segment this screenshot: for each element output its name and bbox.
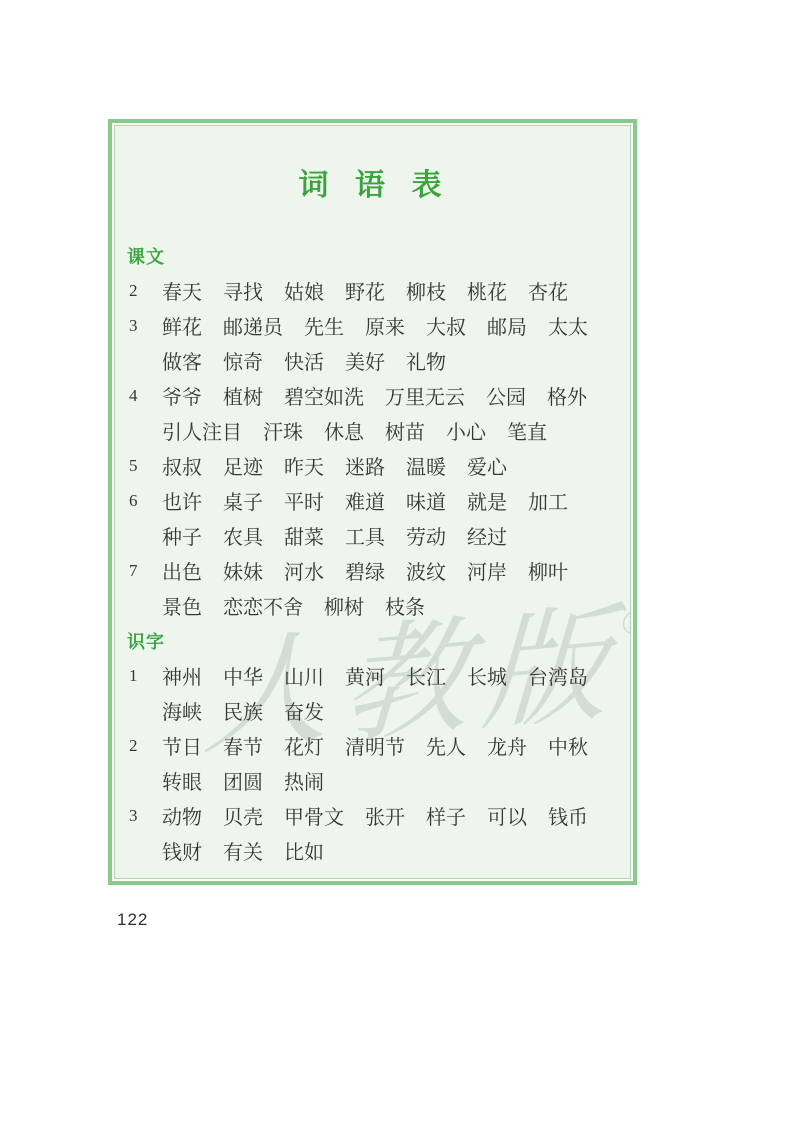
word: 汗珠 <box>263 416 303 445</box>
word-list: 做客惊奇快活美好礼物 <box>162 346 446 375</box>
word: 奋发 <box>284 696 324 725</box>
word: 也许 <box>162 486 202 515</box>
lesson-number: 2 <box>129 281 162 301</box>
word: 礼物 <box>406 346 446 375</box>
word: 杏花 <box>528 276 568 305</box>
word: 工具 <box>345 521 385 550</box>
word: 昨天 <box>284 451 324 480</box>
lesson-number: 4 <box>129 386 162 406</box>
entry-line: 6也许桌子平时难道味道就是加工 <box>129 483 622 518</box>
word-list: 种子农具甜菜工具劳动经过 <box>162 521 507 550</box>
word: 公园 <box>486 381 526 410</box>
entry-line: 景色恋恋不舍柳树枝条 <box>129 588 622 623</box>
word: 惊奇 <box>223 346 263 375</box>
word: 加工 <box>528 486 568 515</box>
word: 足迹 <box>223 451 263 480</box>
word: 景色 <box>162 591 202 620</box>
entry-line: 转眼团圆热闹 <box>129 763 622 798</box>
lesson-number: 7 <box>129 561 162 581</box>
word: 碧空如洗 <box>284 381 364 410</box>
word: 春天 <box>162 276 202 305</box>
word: 植树 <box>223 381 263 410</box>
word: 节日 <box>162 731 202 760</box>
word-list: 动物贝壳甲骨文张开样子可以钱币 <box>162 801 588 830</box>
word-list: 钱财有关比如 <box>162 836 324 865</box>
word-list: 鲜花邮递员先生原来大叔邮局太太 <box>162 311 588 340</box>
word: 先生 <box>304 311 344 340</box>
word: 农具 <box>223 521 263 550</box>
word: 长城 <box>467 661 507 690</box>
word-list: 也许桌子平时难道味道就是加工 <box>162 486 568 515</box>
page-title: 词 语 表 <box>115 160 630 204</box>
word: 美好 <box>345 346 385 375</box>
word: 太太 <box>548 311 588 340</box>
word-list: 转眼团圆热闹 <box>162 766 324 795</box>
word: 引人注目 <box>162 416 242 445</box>
word: 神州 <box>162 661 202 690</box>
word-list: 节日春节花灯清明节先人龙舟中秋 <box>162 731 588 760</box>
word-list: 春天寻找姑娘野花柳枝桃花杏花 <box>162 276 568 305</box>
word: 春节 <box>223 731 263 760</box>
word: 叔叔 <box>162 451 202 480</box>
word-list: 景色恋恋不舍柳树枝条 <box>162 591 425 620</box>
word: 柳树 <box>324 591 364 620</box>
word: 样子 <box>426 801 466 830</box>
word-list: 引人注目汗珠休息树苗小心笔直 <box>162 416 547 445</box>
word: 龙舟 <box>487 731 527 760</box>
word: 团圆 <box>223 766 263 795</box>
word: 劳动 <box>406 521 446 550</box>
word: 可以 <box>487 801 527 830</box>
lesson-number: 6 <box>129 491 162 511</box>
wordlist-content: 课文2春天寻找姑娘野花柳枝桃花杏花3鲜花邮递员先生原来大叔邮局太太做客惊奇快活美… <box>129 238 622 868</box>
entry-line: 7出色妹妹河水碧绿波纹河岸柳叶 <box>129 553 622 588</box>
word: 波纹 <box>406 556 446 585</box>
word: 恋恋不舍 <box>223 591 303 620</box>
word: 万里无云 <box>385 381 465 410</box>
word: 台湾岛 <box>528 661 588 690</box>
word: 妹妹 <box>223 556 263 585</box>
word: 钱财 <box>162 836 202 865</box>
word: 花灯 <box>284 731 324 760</box>
word: 爷爷 <box>162 381 202 410</box>
word: 桌子 <box>223 486 263 515</box>
lesson-number: 1 <box>129 666 162 686</box>
word: 先人 <box>426 731 466 760</box>
word-list: 海峡民族奋发 <box>162 696 324 725</box>
word: 长江 <box>406 661 446 690</box>
page-number: 122 <box>117 910 148 930</box>
word: 寻找 <box>223 276 263 305</box>
word: 原来 <box>365 311 405 340</box>
entry-line: 3动物贝壳甲骨文张开样子可以钱币 <box>129 798 622 833</box>
entry-line: 2春天寻找姑娘野花柳枝桃花杏花 <box>129 273 622 308</box>
word: 甜菜 <box>284 521 324 550</box>
word: 休息 <box>324 416 364 445</box>
word: 小心 <box>446 416 486 445</box>
word: 河岸 <box>467 556 507 585</box>
word: 动物 <box>162 801 202 830</box>
entry-line: 2节日春节花灯清明节先人龙舟中秋 <box>129 728 622 763</box>
word: 味道 <box>406 486 446 515</box>
word: 黄河 <box>345 661 385 690</box>
wordlist-box: 人教版® 词 语 表 课文2春天寻找姑娘野花柳枝桃花杏花3鲜花邮递员先生原来大叔… <box>108 119 637 885</box>
lesson-number: 3 <box>129 316 162 336</box>
word-list: 叔叔足迹昨天迷路温暖爱心 <box>162 451 507 480</box>
word: 鲜花 <box>162 311 202 340</box>
section-header-0: 课文 <box>127 238 622 273</box>
word: 清明节 <box>345 731 405 760</box>
word: 柳叶 <box>528 556 568 585</box>
word: 邮局 <box>487 311 527 340</box>
word: 经过 <box>467 521 507 550</box>
lesson-number: 2 <box>129 736 162 756</box>
word: 出色 <box>162 556 202 585</box>
word: 做客 <box>162 346 202 375</box>
word: 姑娘 <box>284 276 324 305</box>
wordlist-box-inner: 人教版® 词 语 表 课文2春天寻找姑娘野花柳枝桃花杏花3鲜花邮递员先生原来大叔… <box>114 125 631 879</box>
word: 大叔 <box>426 311 466 340</box>
word: 钱币 <box>548 801 588 830</box>
word: 爱心 <box>467 451 507 480</box>
word: 河水 <box>284 556 324 585</box>
entry-line: 做客惊奇快活美好礼物 <box>129 343 622 378</box>
word: 快活 <box>284 346 324 375</box>
word: 野花 <box>345 276 385 305</box>
entry-line: 5叔叔足迹昨天迷路温暖爱心 <box>129 448 622 483</box>
word: 贝壳 <box>223 801 263 830</box>
word: 迷路 <box>345 451 385 480</box>
entry-line: 1神州中华山川黄河长江长城台湾岛 <box>129 658 622 693</box>
word: 温暖 <box>406 451 446 480</box>
word: 甲骨文 <box>284 801 344 830</box>
entry-line: 4爷爷植树碧空如洗万里无云公园格外 <box>129 378 622 413</box>
word: 中秋 <box>548 731 588 760</box>
section-header-1: 识字 <box>127 623 622 658</box>
word: 柳枝 <box>406 276 446 305</box>
word: 转眼 <box>162 766 202 795</box>
lesson-number: 5 <box>129 456 162 476</box>
word: 民族 <box>223 696 263 725</box>
word: 比如 <box>284 836 324 865</box>
word: 碧绿 <box>345 556 385 585</box>
entry-line: 钱财有关比如 <box>129 833 622 868</box>
word: 有关 <box>223 836 263 865</box>
word: 海峡 <box>162 696 202 725</box>
word: 张开 <box>365 801 405 830</box>
word: 枝条 <box>385 591 425 620</box>
word-list: 出色妹妹河水碧绿波纹河岸柳叶 <box>162 556 568 585</box>
word: 种子 <box>162 521 202 550</box>
lesson-number: 3 <box>129 806 162 826</box>
word-list: 爷爷植树碧空如洗万里无云公园格外 <box>162 381 587 410</box>
word: 中华 <box>223 661 263 690</box>
textbook-page: 人教版® 词 语 表 课文2春天寻找姑娘野花柳枝桃花杏花3鲜花邮递员先生原来大叔… <box>0 0 793 1121</box>
entry-line: 种子农具甜菜工具劳动经过 <box>129 518 622 553</box>
word: 热闹 <box>284 766 324 795</box>
word: 格外 <box>547 381 587 410</box>
word: 山川 <box>284 661 324 690</box>
word: 平时 <box>284 486 324 515</box>
word: 笔直 <box>507 416 547 445</box>
entry-line: 海峡民族奋发 <box>129 693 622 728</box>
word: 桃花 <box>467 276 507 305</box>
entry-line: 3鲜花邮递员先生原来大叔邮局太太 <box>129 308 622 343</box>
word: 就是 <box>467 486 507 515</box>
word: 邮递员 <box>223 311 283 340</box>
word: 难道 <box>345 486 385 515</box>
word: 树苗 <box>385 416 425 445</box>
entry-line: 引人注目汗珠休息树苗小心笔直 <box>129 413 622 448</box>
word-list: 神州中华山川黄河长江长城台湾岛 <box>162 661 588 690</box>
